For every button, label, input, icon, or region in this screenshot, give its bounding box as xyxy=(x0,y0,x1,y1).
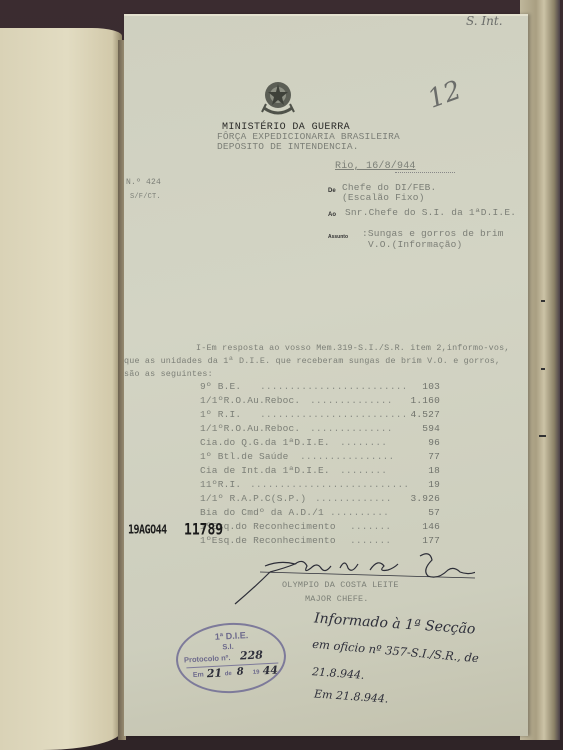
list-item: 1ºEsq.de Reconhecimento ....... 177 xyxy=(200,535,440,549)
unit-quantity: 19 xyxy=(428,479,440,490)
list-item: 1ºEsq.do Reconhecimento ....... 146 xyxy=(200,521,440,535)
stamp-month-sep: de xyxy=(225,671,232,677)
stamp-year: 44 xyxy=(262,664,278,678)
unit-quantity: 18 xyxy=(428,465,440,476)
stamp-year-prefix: 19 xyxy=(253,670,260,676)
unit-name: 1º Btl.de Saúde xyxy=(200,451,289,462)
list-item: 9º B.E. ......................... 103 xyxy=(200,381,440,395)
signatory-name: OLYMPIO DA COSTA LEITE xyxy=(282,580,399,590)
unit-quantity: 96 xyxy=(428,437,440,448)
unit-name: Cia de Int.da 1ªD.I.E. xyxy=(200,465,330,476)
margin-ref-number: N.º 424 xyxy=(126,178,161,187)
unit-name: 1º R.I. xyxy=(200,409,241,420)
unit-quantity: 594 xyxy=(422,423,440,434)
unit-quantity: 4.527 xyxy=(410,409,440,420)
left-page xyxy=(0,28,122,750)
stamp-month: 8 xyxy=(236,666,244,677)
received-number-stamp: 11789 xyxy=(184,522,223,540)
coat-of-arms-icon xyxy=(258,78,298,118)
body-line-3: são as seguintes: xyxy=(124,369,213,379)
place-date: Rio, 16/8/944 xyxy=(335,161,416,172)
signatory-title: MAJOR CHEFE. xyxy=(305,594,369,604)
unit-quantity: 177 xyxy=(422,535,440,546)
stamp-protocol-label: Protocolo nº. xyxy=(184,653,231,664)
from-label: De xyxy=(328,188,336,194)
list-item: 1/1ºR.O.Au.Reboc. .............. 594 xyxy=(200,423,440,437)
edge-mark xyxy=(539,435,546,437)
list-item: 1/1ºR.O.Au.Reboc. .............. 1.160 xyxy=(200,395,440,409)
unit-name: 11ºR.I. xyxy=(200,479,241,490)
unit-name: 1/1ºR.O.Au.Reboc. xyxy=(200,423,300,434)
list-item: 11ºR.I. ........................... 19 xyxy=(200,479,440,493)
unit-name: 9º B.E. xyxy=(200,381,241,392)
stamp-division: 1ª D.I.E. xyxy=(215,630,249,642)
header-depot: DEPOSITO DE INTENDENCIA. xyxy=(217,141,359,152)
unit-quantity: 103 xyxy=(422,381,440,392)
corner-pencil-note: S. Int. xyxy=(466,14,503,28)
stamp-section: S.I. xyxy=(222,642,234,652)
unit-quantity: 3.926 xyxy=(410,493,440,504)
from-value-echelon: (Escalão Fixo) xyxy=(342,192,425,203)
unit-name: 1/1ºR.O.Au.Reboc. xyxy=(200,395,300,406)
received-date-stamp: 19AGO44 xyxy=(128,524,167,537)
to-label: Ao xyxy=(328,212,336,218)
subject-line1: :Sungas e gorros de brim xyxy=(362,228,504,239)
margin-ref-code: S/F/CT. xyxy=(130,193,161,201)
to-value: Snr.Chefe do S.I. da 1ªD.I.E. xyxy=(345,207,516,218)
list-item: Cia.do Q.G.da 1ªD.I.E. ........ 96 xyxy=(200,437,440,451)
unit-name: 1/1º R.A.P.C(S.P.) xyxy=(200,493,306,504)
stamp-protocol-number: 228 xyxy=(240,648,264,662)
subject-line2: V.O.(Informação) xyxy=(368,239,462,250)
edge-mark xyxy=(541,368,545,370)
edge-mark xyxy=(541,300,545,302)
stamp-date-prefix: Em xyxy=(193,671,204,679)
unit-quantity: 1.160 xyxy=(410,395,440,406)
body-line-2: que as unidades da 1ª D.I.E. que receber… xyxy=(124,356,500,366)
subject-label: Assunto xyxy=(328,234,348,240)
unit-quantity: 57 xyxy=(428,507,440,518)
body-line-1: I-Em resposta ao vosso Mem.319-S.I./S.R.… xyxy=(196,343,510,353)
unit-quantity: 77 xyxy=(428,451,440,462)
unit-name: Bia do Cmdº da A.D./1 xyxy=(200,507,324,518)
list-item: 1º R.I. ......................... 4.527 xyxy=(200,409,440,423)
list-item: 1º Btl.de Saúde ................ 77 xyxy=(200,451,440,465)
unit-quantity: 146 xyxy=(422,521,440,532)
unit-name: Cia.do Q.G.da 1ªD.I.E. xyxy=(200,437,330,448)
list-item: Cia de Int.da 1ªD.I.E. ........ 18 xyxy=(200,465,440,479)
list-item: Bia do Cmdº da A.D./1 .......... 57 xyxy=(200,507,440,521)
list-item: 1/1º R.A.P.C(S.P.) ............. 3.926 xyxy=(200,493,440,507)
stamp-day: 21 xyxy=(206,666,222,680)
